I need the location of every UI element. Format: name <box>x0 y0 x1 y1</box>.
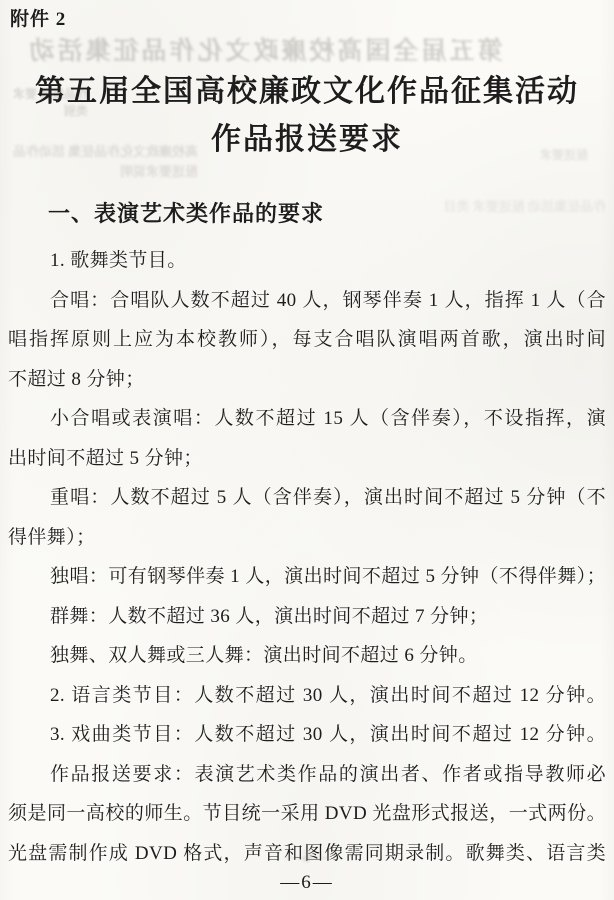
body-line: 不超过 8 分钟； <box>8 360 606 400</box>
document-title: 第五届全国高校廉政文化作品征集活动 作品报送要求 <box>0 68 614 164</box>
body-line: 作品报送要求：表演艺术类作品的演出者、作者或指导教师必 <box>8 755 606 795</box>
body-line: 唱指挥原则上应为本校教师），每支合唱队演唱两首歌，演出时间 <box>8 320 606 360</box>
body-line: 1. 歌舞类节目。 <box>8 241 606 281</box>
body-line: 3. 戏曲类节目：人数不超过 30 人，演出时间不超过 12 分钟。 <box>8 715 606 755</box>
body-line: 群舞：人数不超过 36 人，演出时间不超过 7 分钟； <box>8 597 606 637</box>
body-line: 独舞、双人舞或三人舞：演出时间不超过 6 分钟。 <box>8 636 606 676</box>
page-number: —6— <box>0 872 614 894</box>
body-line: 重唱：人数不超过 5 人（含伴奏），演出时间不超过 5 分钟（不 <box>8 478 606 518</box>
document-title-line2: 作品报送要求 <box>0 116 614 164</box>
document-title-line1: 第五届全国高校廉政文化作品征集活动 <box>0 68 614 116</box>
body-line: 合唱：合唱队人数不超过 40 人，钢琴伴奏 1 人，指挥 1 人（合 <box>8 281 606 321</box>
bleedthrough-title-ghost: 第五届全国高校廉政文化作品征集活动 <box>22 31 507 67</box>
body-line: 出时间不超过 5 分钟； <box>8 439 606 479</box>
document-page: 附件 2 第五届全国高校廉政文化作品征集活动 作品报送 要求类别 高校廉政文化作… <box>0 0 614 900</box>
body-line: 2. 语言类节目：人数不超过 30 人，演出时间不超过 12 分钟。 <box>8 676 606 716</box>
attachment-label: 附件 2 <box>10 4 66 31</box>
body-lines: 1. 歌舞类节目。合唱：合唱队人数不超过 40 人，钢琴伴奏 1 人，指挥 1 … <box>8 241 606 873</box>
section-heading: 一、表演艺术类作品的要求 <box>8 196 606 232</box>
body-line: 得伴舞）； <box>8 518 606 558</box>
body-line: 须是同一高校的师生。节目统一采用 DVD 光盘形式报送，一式两份。 <box>8 794 606 834</box>
body-line: 小合唱或表演唱：人数不超过 15 人（含伴奏），不设指挥，演 <box>8 399 606 439</box>
document-body: 一、表演艺术类作品的要求 1. 歌舞类节目。合唱：合唱队人数不超过 40 人，钢… <box>8 196 606 873</box>
body-line: 光盘需制作成 DVD 格式，声音和图像需同期录制。歌舞类、语言类 <box>8 834 606 874</box>
body-line: 独唱：可有钢琴伴奏 1 人，演出时间不超过 5 分钟（不得伴舞）； <box>8 557 606 597</box>
